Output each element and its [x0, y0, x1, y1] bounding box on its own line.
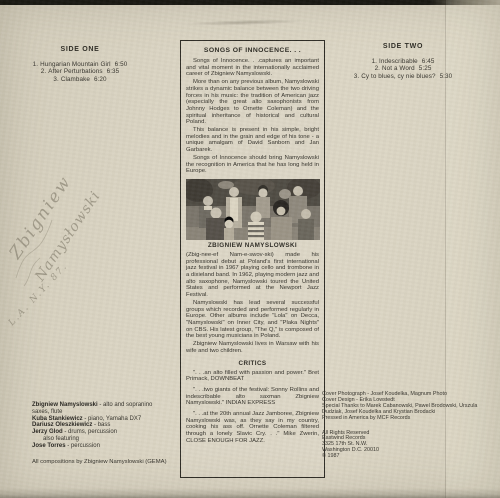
- production-credits: Cover Photograph - Josef Koudelka, Magnu…: [322, 392, 490, 460]
- critic-quote: ". . .two giants of the festival: Sonny …: [186, 387, 319, 407]
- side-one-tracklist: SIDE ONE 1.Hungarian Mountain Girl6:50 2…: [8, 46, 152, 83]
- credit-line: Special Thanks to Marek Cabanowski, Pawe…: [322, 404, 490, 416]
- critic-quote: ". . .at the 20th annual Jazz Jamboree, …: [186, 411, 319, 445]
- critics-heading: CRITICS: [186, 360, 319, 367]
- bio-paragraph: (Zbig-nee-ef Nam-e-swov-ski) made his pr…: [186, 252, 319, 299]
- personnel-entry: Kuba Stankiewicz - piano, Yamaha DX7: [32, 416, 160, 423]
- liner-paragraph: This balance is present in his simple, b…: [186, 127, 319, 154]
- personnel-entry: Jose Torres - percussion: [32, 443, 160, 450]
- bio-paragraph: Namyslowski has lead several successful …: [186, 300, 319, 340]
- family-group-photo: [186, 179, 320, 240]
- side-two-heading: SIDE TWO: [336, 43, 470, 50]
- rights-block: All Rights Reserved Eastwind Records 332…: [322, 431, 490, 461]
- compositions-note: All compositions by Zbigniew Namyslowski…: [32, 459, 212, 465]
- personnel-entry: Dariusz Oleszkiewicz - bass: [32, 422, 160, 429]
- side-two-tracklist: SIDE TWO 1.Indescribable6:45 2.Not a Wor…: [336, 43, 470, 80]
- critic-quote: ". . .an alto filled with passion and po…: [186, 370, 319, 383]
- track-item: 3.Cy to blues, cy nie blues?5:30: [336, 73, 470, 80]
- also-featuring-note: also featuring: [32, 436, 160, 443]
- liner-paragraph: More than on any previous album, Namyslo…: [186, 79, 319, 126]
- top-edge-shadow: [0, 0, 500, 5]
- personnel-entry: Jerzy Glod - drums, percussion: [32, 429, 160, 436]
- rights-line: © 1987: [322, 454, 490, 460]
- liner-paragraph: Songs of Innocence should bring Namyslow…: [186, 155, 319, 175]
- artist-name-heading: ZBIGNIEW NAMYSLOWSKI: [186, 242, 319, 249]
- track-item: 3.Clambake6:20: [8, 76, 152, 83]
- album-title-heading: SONGS OF INNOCENCE. . .: [186, 47, 319, 54]
- credit-line: Pressed in America by MCF Records: [322, 416, 490, 422]
- track-item: 1.Hungarian Mountain Girl6:50: [8, 61, 152, 68]
- liner-notes-box: SONGS OF INNOCENCE. . . Songs of Innocen…: [180, 40, 325, 478]
- track-item: 2.Not a Word5:25: [336, 65, 470, 72]
- album-back-cover: SIDE ONE 1.Hungarian Mountain Girl6:50 2…: [0, 0, 500, 498]
- side-one-heading: SIDE ONE: [8, 46, 152, 53]
- personnel-list: Zbigniew Namyslowski - alto and sopranin…: [32, 402, 160, 450]
- liner-paragraph: Songs of Innocence. . .captures an impor…: [186, 58, 319, 78]
- personnel-entry: Zbigniew Namyslowski - alto and sopranin…: [32, 402, 160, 416]
- bottom-edge-shadow: [0, 488, 500, 498]
- pencil-smudge-mark: [186, 18, 304, 26]
- handwritten-autograph: Zbigniew Namysłowski L.A. N.Y. 87.: [2, 108, 162, 343]
- bio-paragraph: Zbigniew Namyslowski lives in Warsaw wit…: [186, 341, 319, 354]
- track-item: 1.Indescribable6:45: [336, 58, 470, 65]
- track-item: 2.After Perturbations6:35: [8, 68, 152, 75]
